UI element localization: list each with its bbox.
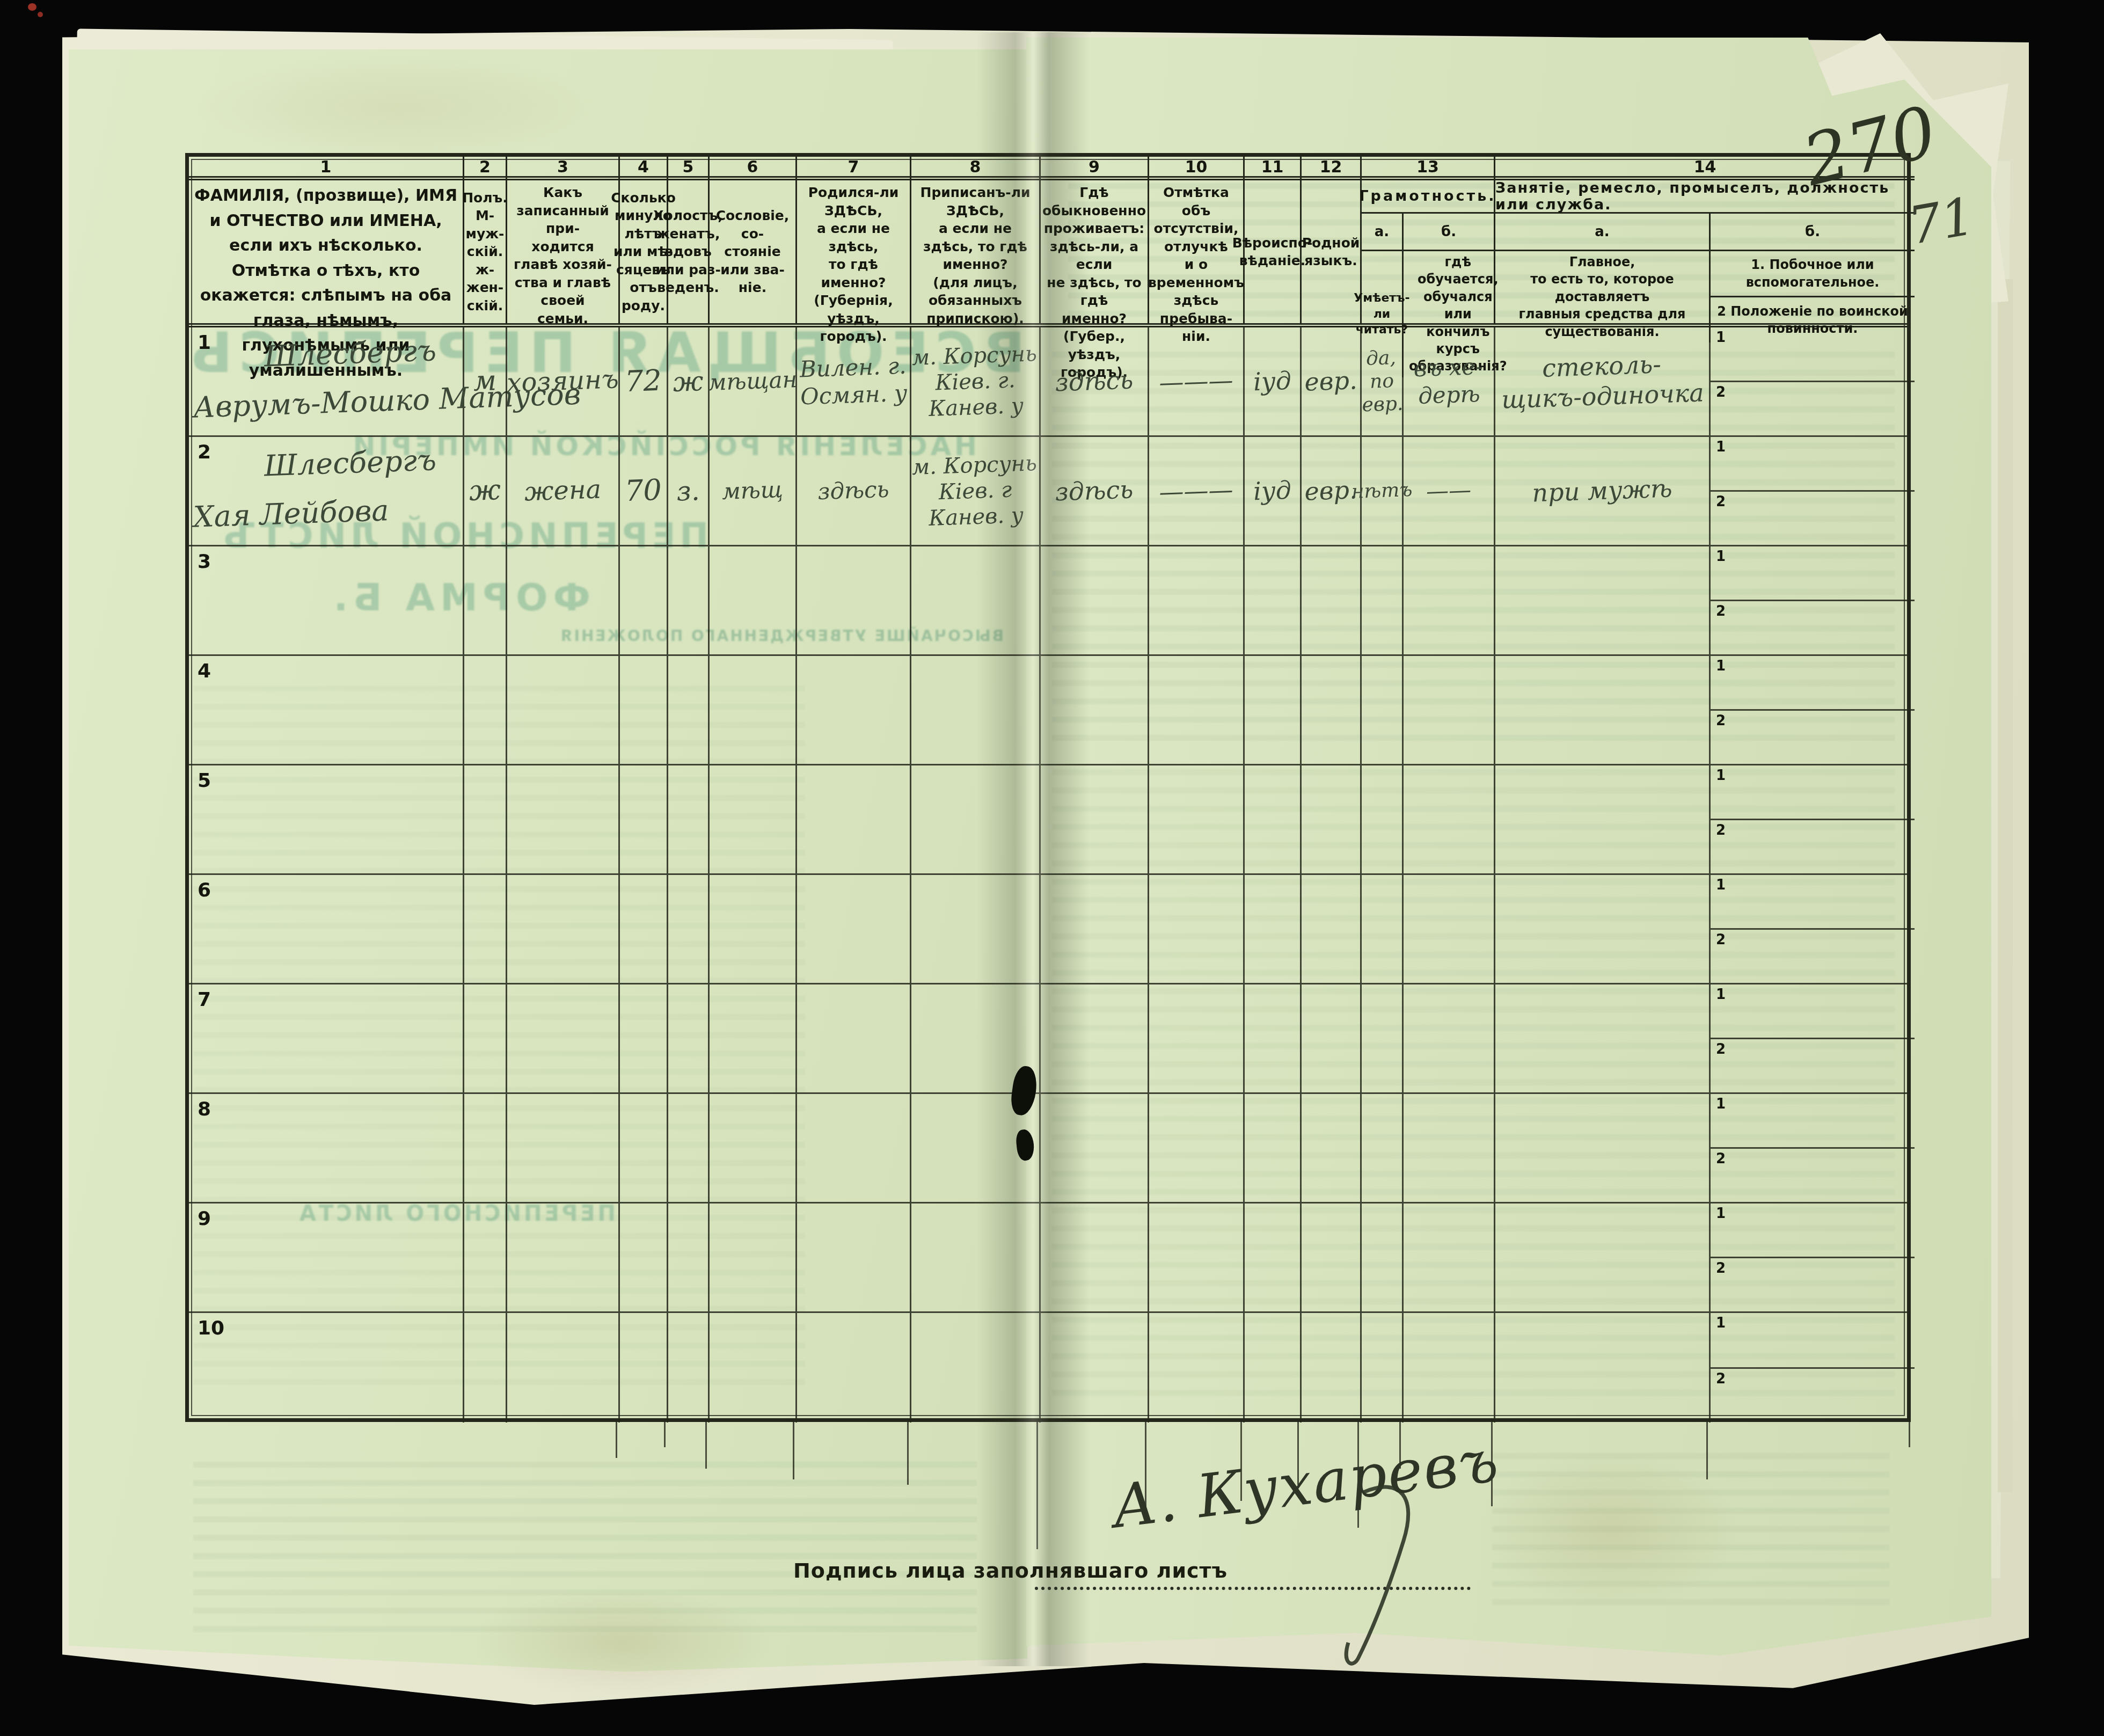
entry-age xyxy=(618,546,669,655)
cell-occupation-b1: 1 xyxy=(1711,1203,1915,1258)
cell-literacy xyxy=(1362,546,1495,654)
entry-sex xyxy=(462,1312,507,1424)
cell-literacy-b xyxy=(1404,1094,1494,1202)
name-line-1 xyxy=(264,880,463,887)
entry-occupation-b1 xyxy=(1709,762,1915,822)
occupation-b1-text: 1. Побочное или вспомогательное. xyxy=(1711,251,1915,297)
literacy-heading: Грамотность. xyxy=(1362,180,1494,214)
entry-estate xyxy=(708,654,798,765)
cell-age xyxy=(620,656,668,764)
entry-religion xyxy=(1243,874,1302,983)
cell-occupation: 12 xyxy=(1495,984,1915,1092)
entry-estate xyxy=(708,764,798,874)
table-row: 2ШлесбергъХая Лейбоважжена70з.мѣщздѣсьм.… xyxy=(189,437,1907,546)
cell-marital xyxy=(668,546,710,654)
table-body: 1ШлесбергъАврумъ-Мошко Матусовмхозяинъ72… xyxy=(189,327,1907,1423)
cell-registered xyxy=(911,1313,1041,1423)
entry-religion xyxy=(1243,1093,1302,1202)
entry-literacy-b: въ хе- дерѣ xyxy=(1402,326,1496,437)
cell-relation xyxy=(507,1313,620,1423)
entry-occupation-b2 xyxy=(1709,597,1915,658)
cell-occupation: 12 xyxy=(1495,1094,1915,1202)
table-header-row: 1ФАМИЛІЯ, (прозвище), ИМЯ и ОТЧЕСТВО или… xyxy=(189,157,1907,327)
name-line-1 xyxy=(264,1318,463,1325)
cell-literacy-a xyxy=(1362,546,1404,654)
cell-resides xyxy=(1041,875,1149,983)
cell-language xyxy=(1302,984,1362,1092)
entry-religion xyxy=(1243,1202,1302,1312)
entry-occupation-b2 xyxy=(1709,1035,1915,1096)
entry-literacy-b xyxy=(1402,983,1496,1094)
cell-sex xyxy=(464,1203,507,1311)
cell-occupation-a xyxy=(1495,1203,1711,1311)
cell-registered xyxy=(911,765,1041,873)
cell-estate xyxy=(710,1313,797,1423)
cell-name: 10 xyxy=(189,1313,464,1423)
cell-religion: іуд xyxy=(1245,437,1302,545)
cell-occupation-a: при мужѣ xyxy=(1495,437,1711,545)
cell-estate xyxy=(710,984,797,1092)
entry-resides xyxy=(1039,654,1150,766)
cell-occupation-b2: 2 xyxy=(1711,601,1915,654)
entry-language xyxy=(1300,983,1362,1093)
cell-age xyxy=(620,1313,668,1423)
cell-literacy-b xyxy=(1404,656,1494,764)
cell-literacy-a: нѣтъ xyxy=(1362,437,1404,545)
column-heading: Сословіе, со- стояніе или зва- ніе. xyxy=(710,180,795,323)
column-line-overrun xyxy=(616,1420,617,1458)
column-line-overrun xyxy=(793,1420,794,1479)
entry-marital xyxy=(667,984,710,1093)
entry-occupation-a xyxy=(1494,652,1711,768)
cell-estate xyxy=(710,875,797,983)
entry-occupation-b1 xyxy=(1709,543,1915,603)
cell-literacy-b xyxy=(1404,1203,1494,1311)
entry-literacy-b: —— xyxy=(1402,435,1496,546)
cell-occupation-b2: 2 xyxy=(1711,1149,1915,1202)
header-col-13: 13Грамотность.а.б.Умѣетъ- ли читать?гдѣ … xyxy=(1362,157,1495,323)
cell-relation xyxy=(507,875,620,983)
cell-religion xyxy=(1245,875,1302,983)
cell-religion xyxy=(1245,546,1302,654)
cell-marital xyxy=(668,984,710,1092)
red-speck xyxy=(28,3,36,11)
cell-occupation-b1: 1 xyxy=(1711,1313,1915,1369)
cell-born xyxy=(797,546,911,654)
cell-name: 8 xyxy=(189,1094,464,1202)
cell-language xyxy=(1302,875,1362,983)
name-line-2 xyxy=(193,1105,463,1115)
entry-resides xyxy=(1039,983,1150,1095)
entry-occupation-a: стеколь- щикъ-одиночка xyxy=(1494,324,1711,439)
column-line-overrun xyxy=(907,1420,909,1485)
entry-born xyxy=(795,982,912,1094)
entry-estate xyxy=(708,1202,798,1312)
entry-marital xyxy=(666,1312,710,1423)
cell-name: 6 xyxy=(189,875,464,983)
entry-registered xyxy=(910,873,1041,985)
cell-born: здѣсь xyxy=(797,437,911,545)
cell-born xyxy=(797,984,911,1092)
column-line-overrun xyxy=(705,1420,707,1469)
entry-resides xyxy=(1039,764,1150,876)
cell-age xyxy=(620,1094,668,1202)
cell-occupation-b: 12 xyxy=(1711,1094,1915,1202)
cell-registered xyxy=(911,656,1041,764)
cell-religion xyxy=(1245,1313,1302,1423)
entry-occupation-a xyxy=(1494,1309,1711,1426)
cell-name: 1ШлесбергъАврумъ-Мошко Матусов xyxy=(189,327,464,435)
cell-occupation: 12 xyxy=(1495,765,1915,873)
cell-occupation-a xyxy=(1495,546,1711,654)
entry-age xyxy=(618,1312,668,1424)
entry-occupation-b2 xyxy=(1709,1254,1915,1315)
entry-estate xyxy=(708,873,798,984)
cell-sex xyxy=(464,765,507,873)
row-number: 5 xyxy=(198,770,211,792)
cell-occupation-b: 12 xyxy=(1711,765,1915,873)
census-table: 1ФАМИЛІЯ, (прозвище), ИМЯ и ОТЧЕСТВО или… xyxy=(185,153,1911,1422)
entry-relation xyxy=(506,1092,620,1203)
cell-age xyxy=(620,765,668,873)
header-col-8: 8Приписанъ-ли ЗДѢСЬ, а если не здѣсь, то… xyxy=(911,157,1041,323)
header-col-1: 1ФАМИЛІЯ, (прозвище), ИМЯ и ОТЧЕСТВО или… xyxy=(189,157,464,323)
entry-marital: з. xyxy=(667,436,710,545)
entry-age xyxy=(618,655,669,765)
folio-number-secondary: 71 xyxy=(1904,186,1979,257)
cell-absence: ——— xyxy=(1149,327,1245,435)
entry-absence xyxy=(1147,1311,1245,1424)
entry-literacy-a xyxy=(1360,655,1404,764)
cell-occupation-a xyxy=(1495,875,1711,983)
name-line-2 xyxy=(193,777,463,786)
entry-occupation-b1 xyxy=(1709,1200,1915,1260)
entry-estate xyxy=(707,1311,797,1424)
cell-literacy-a: да, по евр. xyxy=(1362,327,1404,435)
cell-literacy: да, по евр.въ хе- дерѣ xyxy=(1362,327,1495,435)
column-number: 13 xyxy=(1362,157,1494,180)
cell-resides xyxy=(1041,1313,1149,1423)
cell-estate xyxy=(710,765,797,873)
cell-occupation-b1: 1 xyxy=(1711,1094,1915,1149)
entry-registered xyxy=(910,544,1041,657)
cell-absence xyxy=(1149,875,1245,983)
header-col-12: 12Родной языкъ. xyxy=(1302,157,1362,323)
entry-occupation-b2 xyxy=(1709,1145,1915,1205)
cell-age: 70 xyxy=(620,437,668,545)
cell-age xyxy=(620,875,668,983)
column-number: 8 xyxy=(911,157,1039,180)
column-number: 7 xyxy=(797,157,910,180)
cell-born: Вилен. г. Осмян. у xyxy=(797,327,911,435)
cell-literacy-b xyxy=(1404,765,1494,873)
entry-registered xyxy=(910,763,1041,876)
cell-relation xyxy=(507,984,620,1092)
entry-relation xyxy=(506,763,620,875)
cell-marital xyxy=(668,656,710,764)
entry-registered xyxy=(910,1201,1041,1314)
cell-occupation-b: 12 xyxy=(1711,1313,1915,1423)
cell-occupation-a xyxy=(1495,984,1711,1092)
cell-literacy xyxy=(1362,765,1495,873)
entry-literacy-a xyxy=(1360,984,1404,1093)
cell-occupation: при мужѣ12 xyxy=(1495,437,1915,545)
red-speck xyxy=(38,12,43,17)
entry-language: евр. xyxy=(1300,326,1362,436)
table-row: 1012 xyxy=(189,1313,1907,1423)
column-number: 5 xyxy=(668,157,708,180)
entry-occupation-b2 xyxy=(1709,816,1915,877)
name-line-2 xyxy=(193,558,463,567)
name-line-1 xyxy=(264,552,463,559)
entry-born xyxy=(795,1092,912,1203)
cell-registered xyxy=(911,1203,1041,1311)
entry-sex xyxy=(463,1093,508,1203)
row-number: 3 xyxy=(198,551,211,573)
name-line-1: Шлесбергъ xyxy=(264,442,463,483)
cell-language xyxy=(1302,765,1362,873)
cell-occupation: 12 xyxy=(1495,1313,1915,1423)
column-heading: Холостъ, женатъ, вдовъ или раз- веденъ. xyxy=(668,180,708,323)
literacy-b-label: б. xyxy=(1404,214,1494,250)
entry-born xyxy=(795,763,912,875)
cell-literacy-a xyxy=(1362,1203,1404,1311)
cell-absence xyxy=(1149,1313,1245,1423)
literacy-a-label: а. xyxy=(1362,214,1404,250)
cell-age xyxy=(620,546,668,654)
cell-language xyxy=(1302,656,1362,764)
name-line-2: Хая Лейбова xyxy=(193,491,463,534)
cell-sex xyxy=(464,1094,507,1202)
cell-born xyxy=(797,1203,911,1311)
entry-age: 70 xyxy=(618,436,669,546)
entry-literacy-a xyxy=(1360,1312,1404,1423)
column-number: 2 xyxy=(464,157,506,180)
entry-occupation-b2 xyxy=(1709,1365,1915,1426)
occupation-a-label: а. xyxy=(1495,214,1711,250)
entry-marital xyxy=(667,1203,710,1312)
entry-language xyxy=(1300,1093,1362,1203)
cell-literacy: нѣтъ—— xyxy=(1362,437,1495,545)
cell-religion xyxy=(1245,765,1302,873)
column-number: 1 xyxy=(189,157,463,180)
table-row: 612 xyxy=(189,875,1907,984)
entry-age: 72 xyxy=(618,327,669,436)
table-row: 1ШлесбергъАврумъ-Мошко Матусовмхозяинъ72… xyxy=(189,327,1907,437)
cell-relation: жена xyxy=(507,437,620,545)
cell-literacy-a xyxy=(1362,656,1404,764)
cell-language xyxy=(1302,546,1362,654)
cell-occupation-b1: 1 xyxy=(1711,327,1915,382)
cell-religion xyxy=(1245,656,1302,764)
cell-registered xyxy=(911,546,1041,654)
entry-marital xyxy=(667,874,710,983)
entry-born: Вилен. г. Осмян. у xyxy=(795,325,912,437)
cell-occupation: 12 xyxy=(1495,546,1915,654)
entry-language xyxy=(1300,655,1362,765)
entry-occupation-a xyxy=(1494,1200,1711,1315)
entry-literacy-a xyxy=(1360,765,1404,874)
cell-literacy xyxy=(1362,984,1495,1092)
cell-occupation-b2: 2 xyxy=(1711,1039,1915,1092)
table-row: 712 xyxy=(189,984,1907,1094)
cell-resides xyxy=(1041,984,1149,1092)
row-number: 1 xyxy=(198,332,211,354)
row-number: 8 xyxy=(198,1098,211,1120)
cell-occupation-b1: 1 xyxy=(1711,437,1915,492)
entry-religion xyxy=(1243,764,1302,874)
name-line-2 xyxy=(193,886,463,896)
entry-registered: м. Корсунь Кіев. г Канев. у xyxy=(910,435,1041,547)
entry-resides xyxy=(1039,873,1150,985)
cell-name: 5 xyxy=(189,765,464,873)
cell-relation xyxy=(507,656,620,764)
cell-language xyxy=(1302,1094,1362,1202)
header-col-7: 7Родился-ли ЗДѢСЬ, а если не здѣсь, то г… xyxy=(797,157,911,323)
cell-relation xyxy=(507,546,620,654)
cell-born xyxy=(797,765,911,873)
entry-absence xyxy=(1148,1092,1245,1203)
cell-absence xyxy=(1149,656,1245,764)
cell-estate: мѣщ xyxy=(710,437,797,545)
cell-occupation-b1: 1 xyxy=(1711,656,1915,711)
entry-literacy-b xyxy=(1402,654,1496,765)
cell-occupation-b: 12 xyxy=(1711,984,1915,1092)
row-number: 4 xyxy=(198,660,211,682)
table-row: 912 xyxy=(189,1203,1907,1313)
name-line-2 xyxy=(193,667,463,677)
column-heading: Родной языкъ. xyxy=(1302,180,1360,323)
name-line-1 xyxy=(264,661,463,668)
cell-estate xyxy=(710,1094,797,1202)
cell-registered: м. Корсунь Кіев. г. Канев. у xyxy=(911,327,1041,435)
column-number: 12 xyxy=(1302,157,1360,180)
entry-marital xyxy=(667,765,710,874)
entry-resides: здѣсь xyxy=(1039,435,1150,547)
cell-registered xyxy=(911,875,1041,983)
cell-absence xyxy=(1149,1203,1245,1311)
cell-born xyxy=(797,656,911,764)
name-line-2 xyxy=(193,996,463,1005)
cell-occupation-b1: 1 xyxy=(1711,765,1915,820)
cell-absence xyxy=(1149,984,1245,1092)
cell-occupation-b2: 2 xyxy=(1711,930,1915,983)
cell-relation xyxy=(507,765,620,873)
cell-occupation-a: стеколь- щикъ-одиночка xyxy=(1495,327,1711,435)
cell-age xyxy=(620,984,668,1092)
cell-literacy-a xyxy=(1362,765,1404,873)
cell-marital xyxy=(668,765,710,873)
entry-resides xyxy=(1039,1311,1150,1425)
cell-occupation-b: 12 xyxy=(1711,327,1915,435)
column-line-overrun xyxy=(1909,1420,1910,1447)
cell-relation: хозяинъ xyxy=(507,327,620,435)
cell-literacy-a xyxy=(1362,1313,1404,1423)
name-line-1 xyxy=(264,990,463,997)
header-col-2: 2Полъ. М-муж- скій. ж-жен- скій. xyxy=(464,157,507,323)
literacy-ab-row: а.б. xyxy=(1362,214,1494,251)
cell-literacy-b xyxy=(1404,546,1494,654)
cell-occupation-b1: 1 xyxy=(1711,875,1915,930)
entry-occupation-b2 xyxy=(1709,378,1915,439)
cell-sex: ж xyxy=(464,437,507,545)
entry-occupation-b1 xyxy=(1709,871,1915,931)
entry-estate xyxy=(708,545,798,655)
cell-occupation: 12 xyxy=(1495,656,1915,764)
cell-name: 2ШлесбергъХая Лейбова xyxy=(189,437,464,545)
table-row: 312 xyxy=(189,546,1907,656)
name-line-2 xyxy=(193,1215,463,1224)
entry-born xyxy=(795,544,912,656)
cell-marital: з. xyxy=(668,437,710,545)
entry-marital: ж xyxy=(667,327,710,436)
entry-literacy-b xyxy=(1402,1092,1496,1203)
entry-relation xyxy=(506,654,620,765)
cell-marital xyxy=(668,1313,710,1423)
entry-resides xyxy=(1039,1092,1150,1204)
cell-marital: ж xyxy=(668,327,710,435)
entry-religion xyxy=(1243,545,1302,655)
cell-sex xyxy=(464,875,507,983)
cell-sex xyxy=(464,656,507,764)
entry-sex xyxy=(463,765,508,874)
column-number: 10 xyxy=(1149,157,1243,180)
entry-literacy-a: нѣтъ xyxy=(1360,436,1404,545)
entry-occupation-a xyxy=(1494,762,1711,877)
cell-literacy xyxy=(1362,1313,1495,1423)
cell-occupation-b: 12 xyxy=(1711,546,1915,654)
cell-occupation-a xyxy=(1495,1094,1711,1202)
header-col-6: 6Сословіе, со- стояніе или зва- ніе. xyxy=(710,157,797,323)
name-line-1: Шлесбергъ xyxy=(264,333,463,374)
entry-occupation-a xyxy=(1494,543,1711,658)
entry-occupation-b2 xyxy=(1709,707,1915,767)
entry-occupation-a xyxy=(1494,981,1711,1096)
entry-occupation-b1 xyxy=(1709,652,1915,712)
entry-religion xyxy=(1243,983,1302,1093)
entry-age xyxy=(618,1093,669,1203)
cell-literacy xyxy=(1362,1203,1495,1311)
entry-relation: жена xyxy=(506,435,620,546)
row-number: 2 xyxy=(198,441,211,463)
cell-absence: ——— xyxy=(1149,437,1245,545)
cell-occupation-b2: 2 xyxy=(1711,711,1915,764)
cell-resides xyxy=(1041,1203,1149,1311)
column-heading: Отмѣтка объ отсутствіи, отлучкѣ и о врем… xyxy=(1149,180,1243,349)
table-row: 812 xyxy=(189,1094,1907,1203)
row-number: 10 xyxy=(198,1317,224,1339)
entry-occupation-b1 xyxy=(1709,1090,1915,1150)
entry-absence xyxy=(1148,983,1245,1094)
cell-resides xyxy=(1041,1094,1149,1202)
table-row: 512 xyxy=(189,765,1907,875)
cell-language xyxy=(1302,1203,1362,1311)
column-number: 4 xyxy=(620,157,667,180)
cell-estate: мѣщан xyxy=(710,327,797,435)
entry-marital xyxy=(667,1093,710,1202)
row-number: 7 xyxy=(198,989,211,1011)
entry-absence xyxy=(1148,1202,1245,1313)
column-line-overrun xyxy=(664,1420,666,1447)
cell-resides xyxy=(1041,656,1149,764)
entry-age xyxy=(618,874,669,984)
cell-relation xyxy=(507,1203,620,1311)
entry-born xyxy=(795,1201,912,1313)
name-line-1 xyxy=(264,1209,463,1216)
cell-age xyxy=(620,1203,668,1311)
entry-language xyxy=(1300,545,1362,655)
cell-occupation-a xyxy=(1495,656,1711,764)
